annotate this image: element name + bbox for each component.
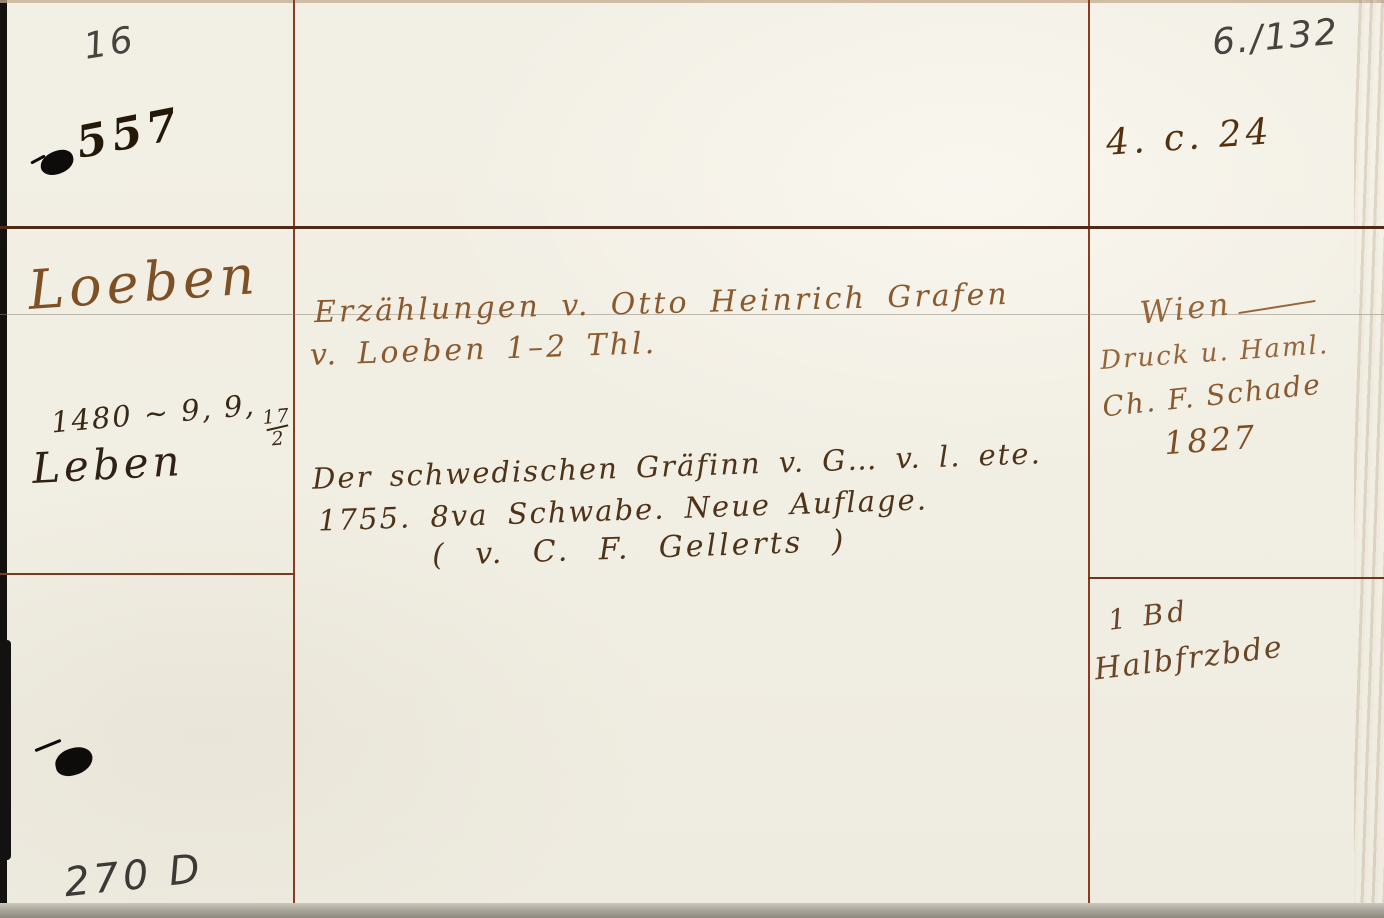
scan-left-edge	[7, 640, 11, 860]
binding-type: Halbfrzbde	[1093, 633, 1286, 686]
ink-blot-tail	[34, 739, 61, 752]
entry1-title-line1: Erzählungen v. Otto Heinrich Grafen	[314, 280, 1010, 328]
ink-blot-bottom-left	[53, 744, 96, 778]
ruled-horizontal-line-left-column	[0, 573, 295, 575]
imprint-printer-1: Druck u. Haml.	[1099, 332, 1330, 374]
entry-heading-leben: Leben	[31, 440, 185, 490]
pencil-number-top-right: 6./132	[1211, 15, 1341, 62]
call-number-fraction: 172	[262, 407, 294, 449]
paper-crease	[1354, 0, 1384, 918]
imprint-year: 1827	[1163, 421, 1258, 459]
card-top-edge	[0, 0, 1384, 3]
binding-volume-count: 1 Bd	[1107, 597, 1191, 635]
pen-flourish	[1238, 300, 1315, 314]
ruled-vertical-line-right	[1088, 0, 1090, 903]
ink-blot-top-left	[37, 147, 76, 178]
ruled-vertical-line-left	[293, 0, 295, 903]
entry2-title-line: Der schwedischen Gräfinn v. G… v. l. ete…	[312, 439, 1043, 493]
catalog-card: 16 557 6./132 4. c. 24 Loeben 1480 ~ 9, …	[0, 0, 1384, 918]
ruled-horizontal-line-right-column	[1088, 577, 1384, 579]
entry-heading-loeben: Loeben	[26, 248, 261, 318]
entry1-title-line2: v. Loeben 1–2 Thl.	[310, 329, 658, 371]
fraction-denominator: 2	[271, 429, 287, 448]
card-bottom-shadow	[0, 903, 1384, 918]
call-number-prefix: 1480 ~ 9, 9,	[50, 388, 257, 440]
scan-left-edge	[0, 0, 7, 918]
shelfmark-top-right: 4. c. 24	[1105, 114, 1274, 162]
imprint-place: Wien	[1139, 289, 1233, 329]
pencil-number-bottom-left: 270 D	[62, 849, 205, 903]
entry2-author-note: ( v. C. F. Gellerts )	[432, 527, 847, 571]
ruled-horizontal-line-top	[0, 226, 1384, 229]
accession-number: 557	[73, 102, 186, 166]
imprint-printer-2: Ch. F. Schade	[1101, 371, 1323, 422]
pencil-number-top-left: 16	[82, 22, 139, 66]
